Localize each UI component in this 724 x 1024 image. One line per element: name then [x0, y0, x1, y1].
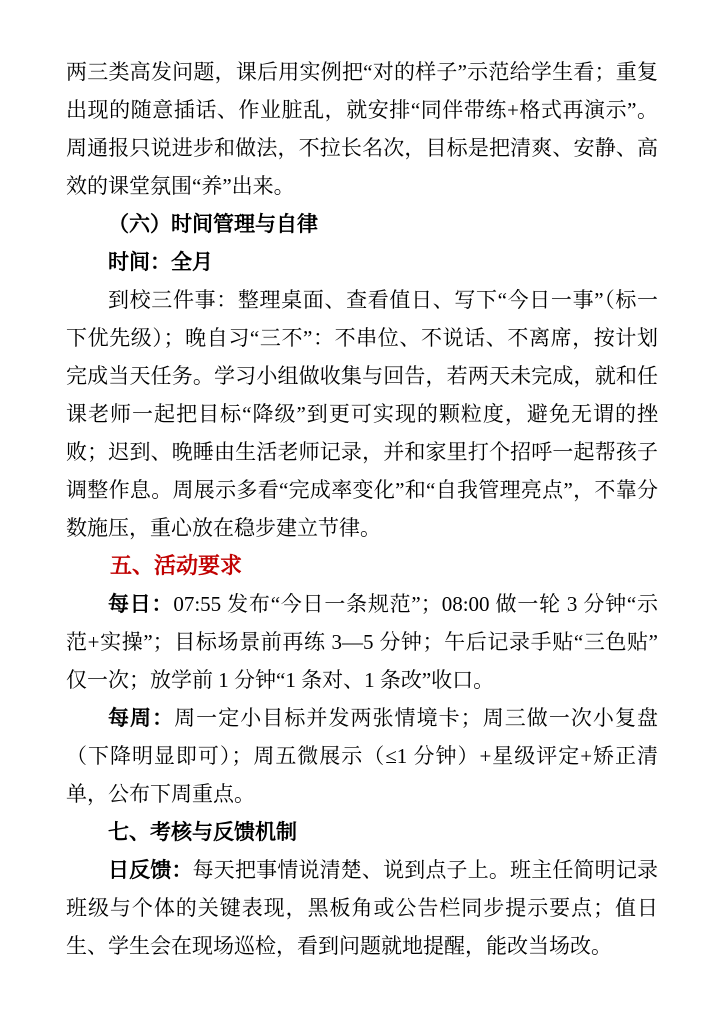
- document-page: 两三类高发问题，课后用实例把“对的样子”示范给学生看；重复出现的随意插话、作业脏…: [0, 0, 724, 1024]
- subheading-time-scope: 时间：全月: [66, 243, 658, 281]
- weekly-label: 每周：: [108, 706, 174, 730]
- daily-feedback-label: 日反馈：: [108, 858, 193, 882]
- heading-section-5-activity-requirements: 五、活动要求: [66, 547, 658, 585]
- paragraph-weekly-requirements: 每周：周一定小目标并发两张情境卡；周三做一次小复盘（下降明显即可）；周五微展示（…: [66, 699, 658, 813]
- paragraph-daily-requirements: 每日：07:55 发布“今日一条规范”；08:00 做一轮 3 分钟“示范+实操…: [66, 585, 658, 699]
- paragraph-daily-feedback: 日反馈：每天把事情说清楚、说到点子上。班主任简明记录班级与个体的关键表现，黑板角…: [66, 851, 658, 965]
- paragraph-time-management-body: 到校三件事：整理桌面、查看值日、写下“今日一事”（标一下优先级）；晚自习“三不”…: [66, 281, 658, 547]
- heading-section-7-assessment-feedback: 七、考核与反馈机制: [66, 813, 658, 851]
- daily-label: 每日：: [108, 592, 173, 616]
- heading-section-6-time-management: （六）时间管理与自律: [66, 205, 658, 243]
- paragraph-continuation: 两三类高发问题，课后用实例把“对的样子”示范给学生看；重复出现的随意插话、作业脏…: [66, 53, 658, 205]
